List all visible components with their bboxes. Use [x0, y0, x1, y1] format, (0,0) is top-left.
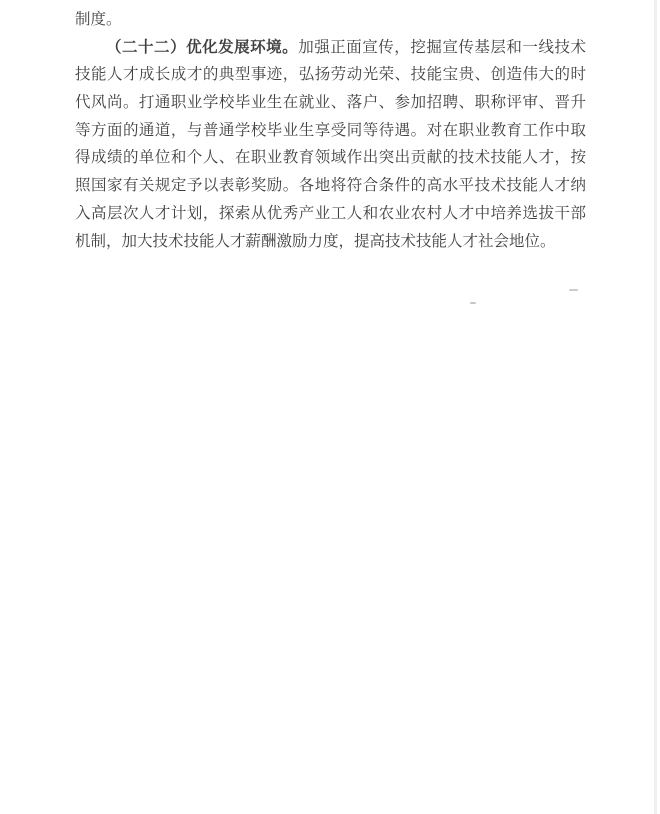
scan-artifact-speck — [569, 289, 578, 291]
line-text: 照国家有关规定予以表彰奖励。各地将符合条件的高水平技术技能人才纳 — [75, 177, 586, 194]
document-text-block: 制度。（二十二）优化发展环境。加强正面宣传，挖掘宣传基层和一线技术技能人才成长成… — [75, 6, 586, 255]
line-text: 制度。 — [75, 11, 122, 28]
line-3: 技能人才成长成才的典型事迹，弘扬劳动光荣、技能宝贵、创造伟大的时 — [75, 61, 586, 89]
line-text: 加强正面宣传，挖掘宣传基层和一线技术 — [298, 39, 586, 56]
line-text: 入高层次人才计划，探索从优秀产业工人和农业农村人才中培养选拔干部 — [75, 205, 586, 222]
line-7: 照国家有关规定予以表彰奖励。各地将符合条件的高水平技术技能人才纳 — [75, 172, 586, 200]
line-text: 代风尚。打通职业学校毕业生在就业、落户、参加招聘、职称评审、晋升 — [75, 94, 586, 111]
line-text: 技能人才成长成才的典型事迹，弘扬劳动光荣、技能宝贵、创造伟大的时 — [75, 66, 586, 83]
page-edge-line — [654, 0, 657, 814]
line-1: 制度。 — [75, 6, 586, 34]
line-4: 代风尚。打通职业学校毕业生在就业、落户、参加招聘、职称评审、晋升 — [75, 89, 586, 117]
line-8: 入高层次人才计划，探索从优秀产业工人和农业农村人才中培养选拔干部 — [75, 200, 586, 228]
line-5: 等方面的通道，与普通学校毕业生享受同等待遇。对在职业教育工作中取 — [75, 117, 586, 145]
line-2: （二十二）优化发展环境。加强正面宣传，挖掘宣传基层和一线技术 — [75, 34, 586, 62]
line-6: 得成绩的单位和个人、在职业教育领域作出突出贡献的技术技能人才，按 — [75, 144, 586, 172]
scan-artifact-speck — [470, 302, 476, 304]
line-9: 机制，加大技术技能人才薪酬激励力度，提高技术技能人才社会地位。 — [75, 228, 586, 256]
document-page: 制度。（二十二）优化发展环境。加强正面宣传，挖掘宣传基层和一线技术技能人才成长成… — [0, 0, 660, 814]
line-text: 机制，加大技术技能人才薪酬激励力度，提高技术技能人才社会地位。 — [75, 233, 556, 250]
section-heading: （二十二）优化发展环境。 — [106, 39, 298, 56]
line-text: 得成绩的单位和个人、在职业教育领域作出突出贡献的技术技能人才，按 — [75, 149, 586, 166]
line-text: 等方面的通道，与普通学校毕业生享受同等待遇。对在职业教育工作中取 — [75, 122, 586, 139]
